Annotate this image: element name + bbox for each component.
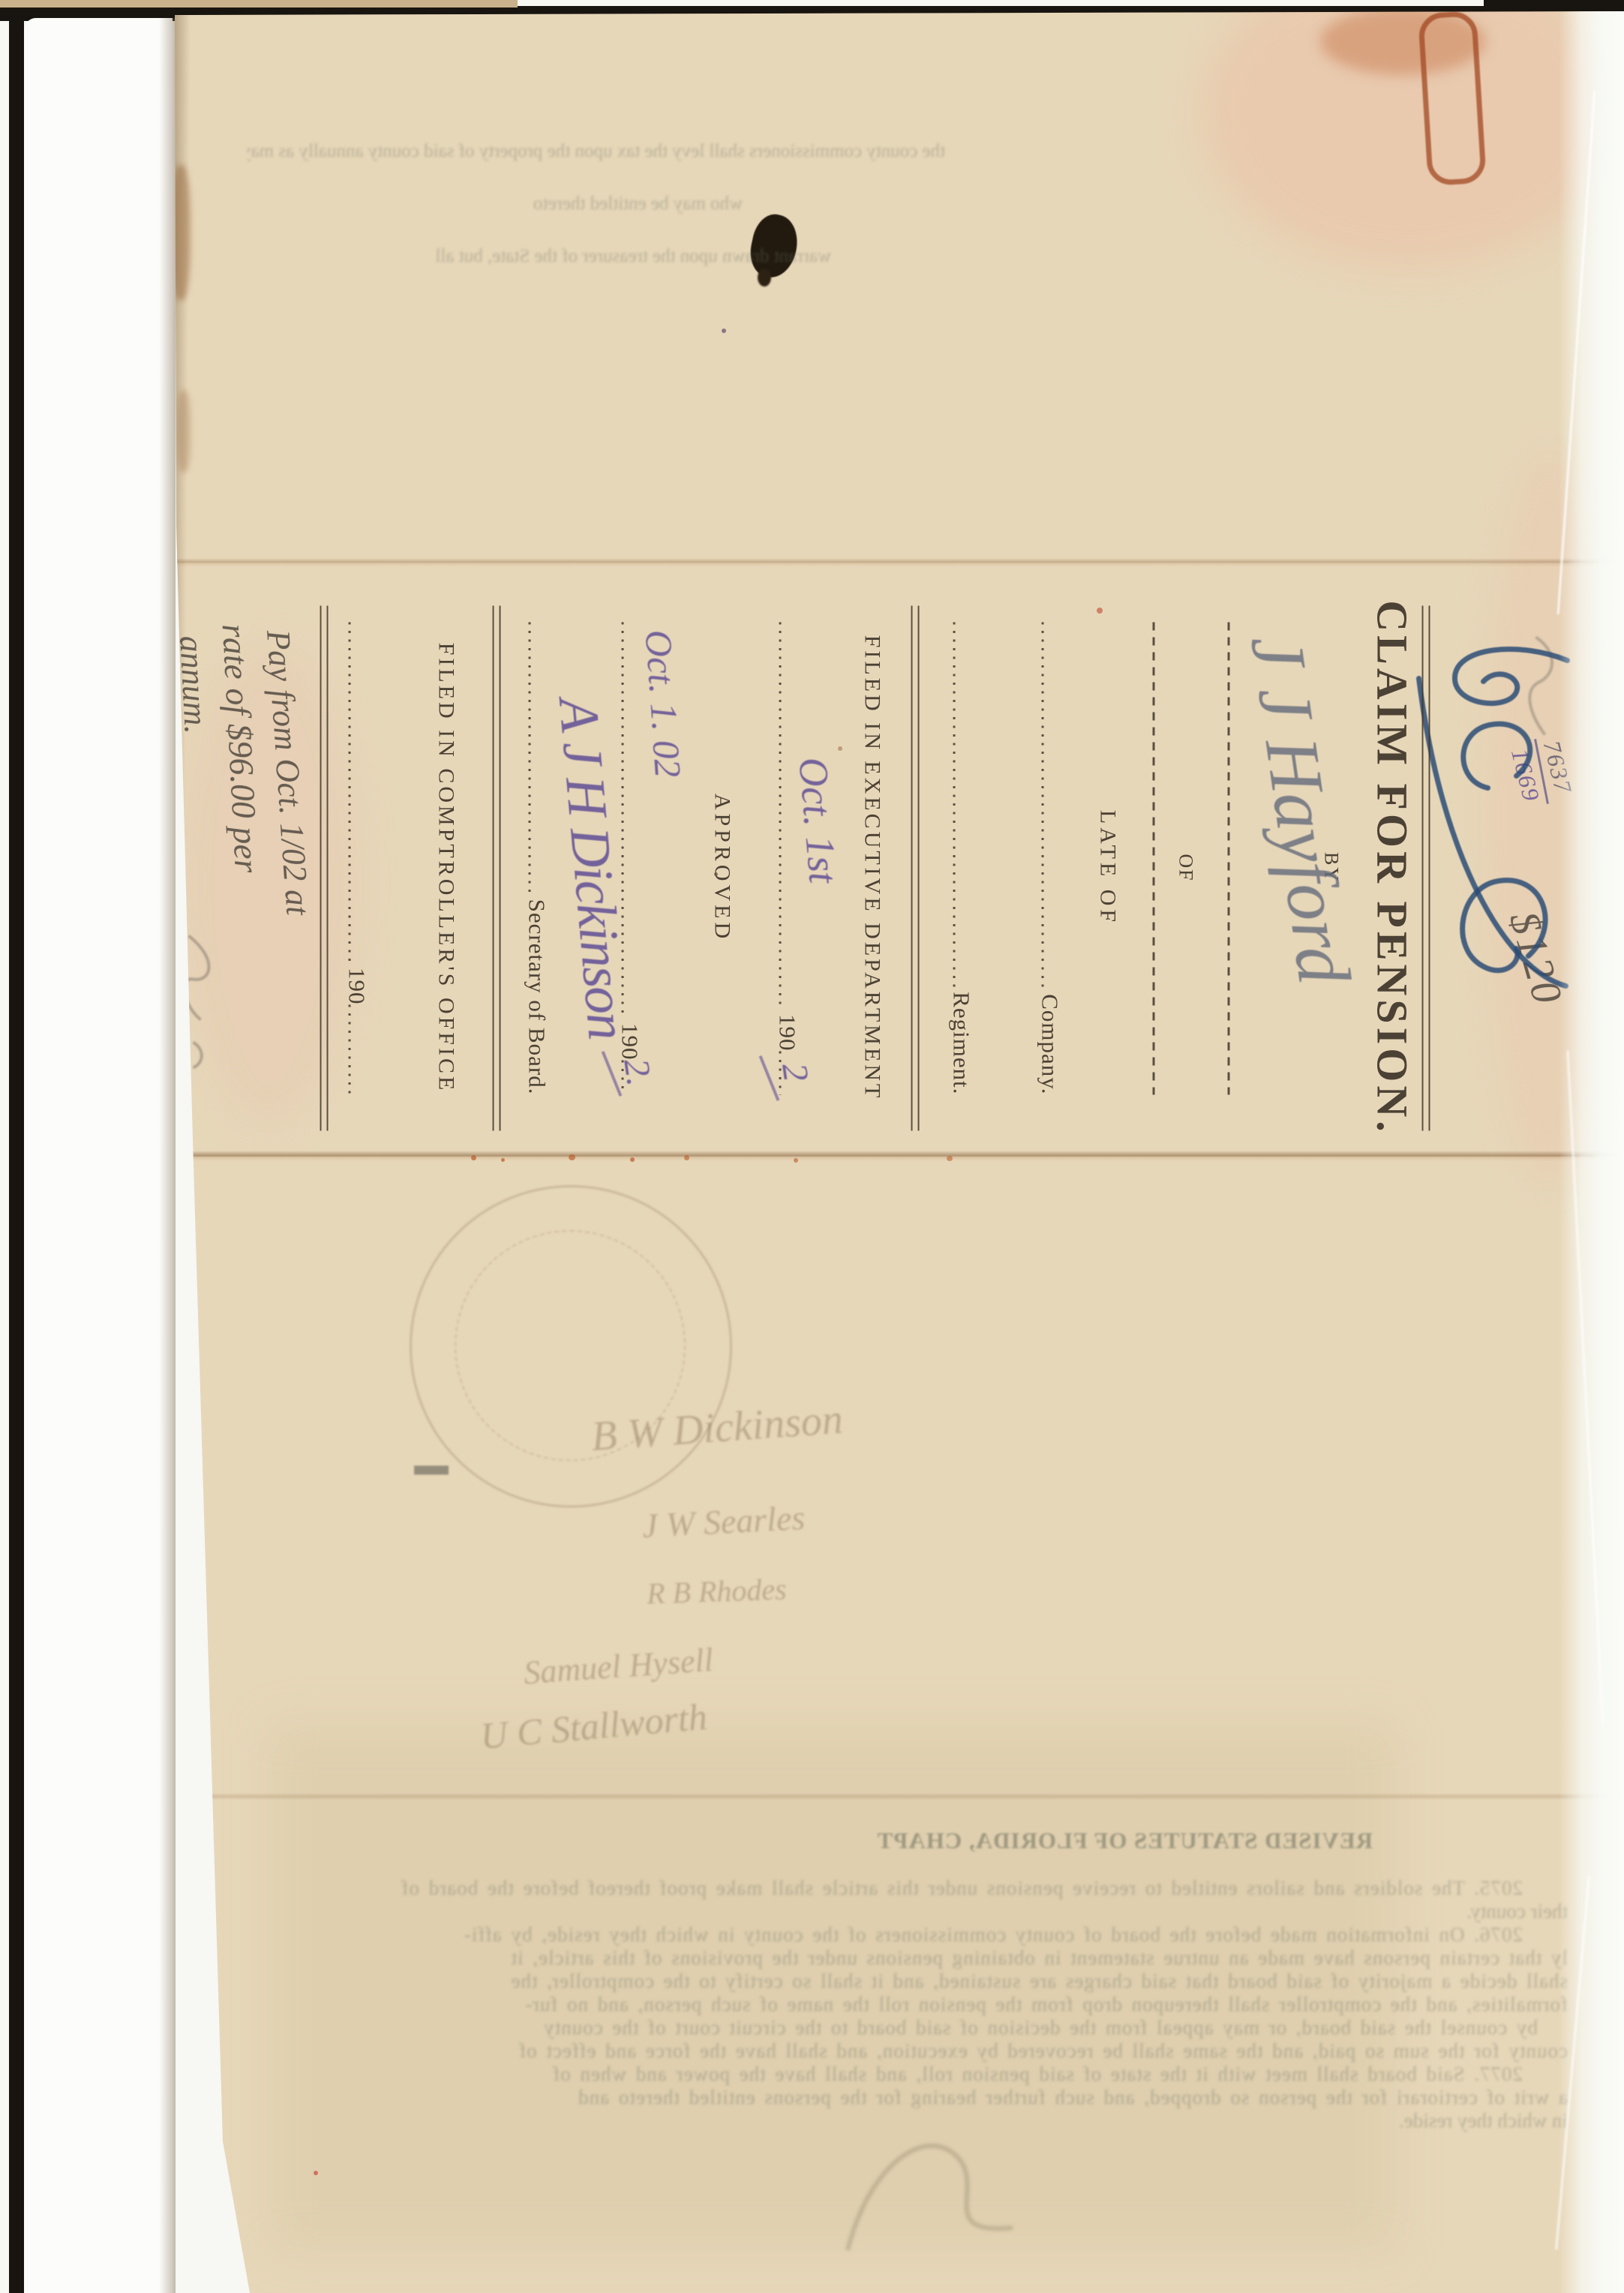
payment-note-line-2: rate of $96.00 per (215, 623, 267, 874)
ink-speck (722, 329, 726, 333)
regiment-row: Regiment. (948, 623, 983, 1095)
scanned-pension-claim-page: the county commissioners shall levy the … (0, 0, 1624, 2293)
bleedthrough-top-line: who may be entitled thereto (390, 194, 743, 215)
ink-blot-tail (758, 269, 771, 287)
faint-signature: Samuel Hysell (523, 1640, 715, 1692)
plastic-sleeve-edge (1559, 0, 1624, 2293)
statutes-line: 2076. On information made before the boa… (233, 1923, 1523, 1946)
filed-executive-label: FILED IN EXECUTIVE DEPARTMENT (860, 578, 885, 1159)
of-label: OF (1175, 578, 1197, 1159)
executive-filed-date: Oct. 1st (789, 755, 846, 885)
bleedthrough-top-line: the county commissioners shall levy the … (248, 141, 945, 162)
bleedthrough-statutes-block: REVISED STATUTES OF FLORIDA, CHAPTER II,… (188, 1827, 1568, 2132)
adjacent-document-edge (0, 0, 518, 8)
company-row: Company. (1037, 623, 1071, 1095)
print-smudge (414, 1466, 449, 1475)
form-title: CLAIM FOR PENSION. (1367, 578, 1418, 1159)
edge-stain-2 (177, 390, 191, 473)
dotted-line (349, 623, 351, 964)
statutes-line: shall decide a majority of said board th… (218, 1970, 1568, 1993)
statutes-line: ly that certain persons have made an unt… (218, 1946, 1568, 1970)
name-line (1228, 623, 1230, 1095)
claimant-signature: J J Hayford (1233, 629, 1367, 989)
residence-line (1153, 623, 1155, 1095)
rust-speck (501, 1158, 505, 1162)
dotted-line-short (349, 1005, 351, 1095)
endorsement-form-rotated: 7637 1669 $120 CLAIM FOR PENSION. BY J J… (173, 578, 1583, 1159)
statutes-line: a writ of certiorari for the person so d… (368, 2086, 1568, 2109)
statutes-line: their county. (1403, 1900, 1568, 1923)
approved-date: Oct. 1. 02 (637, 629, 691, 779)
document-paper: the county commissioners shall levy the … (0, 0, 1624, 2293)
double-rule-bottom (320, 606, 329, 1131)
regiment-label: Regiment. (948, 987, 975, 1094)
backing-card (24, 18, 173, 2293)
statutes-line: formalities, and the comptroller shall t… (218, 1993, 1568, 2016)
paperclip-rust-mark (1418, 11, 1487, 186)
double-rule-3 (493, 606, 501, 1131)
statutes-line: in which they reside. (1343, 2109, 1568, 2132)
payment-note-line-1: Pay from Oct. 1/02 at (259, 629, 317, 917)
faint-signature: R B Rhodes (646, 1571, 787, 1611)
company-label: Company. (1037, 989, 1064, 1094)
payment-note-line-3: annum. (172, 635, 215, 734)
statutes-line: county for the sum so paid, and the same… (278, 2039, 1568, 2063)
approved-year-digit: 2. (615, 1056, 659, 1088)
bleedthrough-top-line: warrant drawn upon the treasurer of the … (411, 246, 831, 267)
backing-card-shadow (159, 18, 176, 2293)
rust-speck (794, 1158, 798, 1163)
dotted-line (1042, 623, 1044, 990)
late-of-label: LATE OF (1095, 578, 1121, 1159)
statutes-line: 2075. The soldiers and sailors entitled … (353, 1877, 1523, 1900)
faint-ink-loop (825, 2115, 1035, 2265)
secretary-row: Secretary of Board. (524, 623, 558, 1095)
faint-signature: J W Searles (641, 1497, 806, 1545)
dotted-line (953, 623, 956, 988)
statutes-heading: REVISED STATUTES OF FLORIDA, CHAPTER II,… (878, 1827, 1373, 1854)
scanner-frame-left (9, 8, 24, 2293)
filed-comptroller-label: FILED IN COMPTROLLER'S OFFICE (434, 578, 459, 1159)
double-rule-2 (911, 606, 920, 1131)
dotted-line (529, 623, 531, 895)
year-prefix: 190 (774, 1010, 801, 1052)
dotted-line (779, 623, 782, 1010)
comptroller-date-row: 190 (344, 623, 378, 1095)
secretary-of-board-label: Secretary of Board. (524, 895, 551, 1095)
statutes-line: by counsel the said board, or may appeal… (368, 2016, 1538, 2039)
red-speck-bottom (314, 2171, 318, 2175)
statutes-line: 2077. Said board shall meet with it the … (383, 2063, 1523, 2086)
fold-crease-lower (175, 1793, 1624, 1800)
pencil-flourish (174, 930, 227, 1080)
year-prefix: 190 (344, 963, 371, 1005)
double-rule-top (1422, 606, 1430, 1131)
approved-label: APPROVED (710, 578, 735, 1159)
fold-crease-upper (175, 558, 1624, 567)
